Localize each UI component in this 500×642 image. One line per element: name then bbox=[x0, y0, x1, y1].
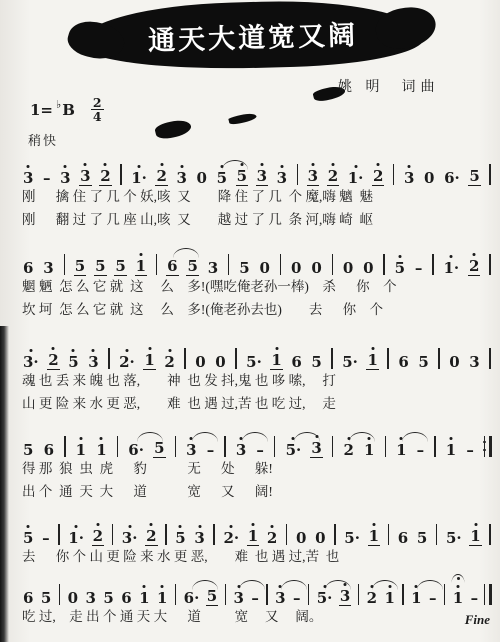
note: 2 bbox=[342, 443, 354, 458]
notes-row: 6355516535000005–1·2 bbox=[22, 240, 492, 276]
book-spine-shadow bbox=[0, 326, 9, 642]
barline bbox=[402, 584, 403, 605]
barline bbox=[489, 254, 490, 275]
barline bbox=[385, 436, 386, 457]
note: 1 bbox=[95, 443, 107, 458]
note: 1· bbox=[67, 531, 85, 546]
note: 1 bbox=[368, 529, 380, 546]
note: 6 bbox=[397, 355, 409, 370]
rest-note: 0 bbox=[448, 355, 460, 370]
lyric-line: 去 你 个 山 更 险 来 水 更 恶, 难 也 遇 过,苦 也 bbox=[22, 546, 492, 569]
rest-note: 0 bbox=[259, 261, 271, 276]
note: 5 bbox=[153, 441, 165, 458]
note: 5 bbox=[216, 171, 228, 186]
barline bbox=[235, 348, 236, 369]
rest-note: 0 bbox=[214, 355, 226, 370]
barline bbox=[286, 524, 287, 545]
rest-note: 0 bbox=[310, 261, 322, 276]
note: 2 bbox=[155, 169, 167, 186]
note: 3 bbox=[79, 169, 91, 186]
note: 2· bbox=[222, 531, 240, 546]
barline bbox=[108, 348, 109, 369]
note: 3 bbox=[42, 261, 54, 276]
note: 6 bbox=[43, 443, 55, 458]
note: 2 bbox=[327, 169, 339, 186]
note: 3 bbox=[87, 355, 99, 370]
note: 3 bbox=[232, 591, 244, 606]
barline bbox=[274, 436, 275, 457]
note: 3 bbox=[310, 441, 322, 458]
note: 1 bbox=[395, 443, 407, 458]
barline bbox=[432, 254, 433, 275]
note: 1 bbox=[383, 591, 395, 606]
barline bbox=[358, 584, 359, 605]
barline bbox=[184, 348, 185, 369]
fermata-icon bbox=[452, 574, 465, 583]
sheet-music-page: { "page":{"bg":"#f4f3ef","ink":"#1c1c1c"… bbox=[0, 0, 500, 642]
barline bbox=[331, 348, 332, 369]
note: 6 bbox=[120, 591, 132, 606]
note: 6 bbox=[397, 531, 409, 546]
note: 3 bbox=[176, 171, 188, 186]
dash-note: – bbox=[250, 591, 260, 606]
note: 6· bbox=[443, 171, 461, 186]
note: 3 bbox=[274, 591, 286, 606]
note: 2 bbox=[145, 529, 157, 546]
note: 2 bbox=[92, 529, 104, 546]
music-system: 6355516535000005–1·2魍 魉 怎 么 它 就 这 么 多!(嘿… bbox=[22, 240, 492, 322]
music-system: 56116·53–3–5·3211–1–得 那 狼 虫 虎 豹 无 处 躲!出 … bbox=[22, 422, 492, 504]
note: 3 bbox=[339, 589, 351, 606]
barline bbox=[228, 254, 229, 275]
note: 3· bbox=[121, 531, 139, 546]
rest-note: 0 bbox=[342, 261, 354, 276]
fine-marking: Fine bbox=[465, 612, 490, 628]
dash-note: – bbox=[42, 171, 52, 186]
barline bbox=[120, 164, 121, 185]
dash-note: – bbox=[206, 443, 216, 458]
note: 5 bbox=[417, 355, 429, 370]
lyric-line: 刚 擒 住 了 几 个 妖,咳 又 降 住 了 几 个 魔,嗨 魑 魅 bbox=[22, 186, 492, 209]
note: 5 bbox=[206, 589, 218, 606]
note: 1 bbox=[452, 591, 464, 606]
note: 5 bbox=[74, 259, 86, 276]
barline bbox=[436, 524, 437, 545]
dash-note: – bbox=[465, 443, 475, 458]
barline bbox=[489, 524, 490, 545]
note: 1· bbox=[442, 261, 460, 276]
barline bbox=[308, 584, 309, 605]
barline bbox=[334, 524, 335, 545]
barline bbox=[59, 584, 60, 605]
note: 3 bbox=[193, 531, 205, 546]
rest-note: 0 bbox=[423, 171, 435, 186]
note: 1 bbox=[247, 529, 259, 546]
note: 3 bbox=[22, 171, 34, 186]
barline bbox=[213, 524, 214, 545]
note: 5· bbox=[316, 591, 334, 606]
barline bbox=[297, 164, 298, 185]
note: 2 bbox=[266, 531, 278, 546]
note: 2 bbox=[47, 353, 59, 370]
note: 5 bbox=[67, 355, 79, 370]
barline bbox=[175, 584, 176, 605]
note: 2 bbox=[99, 169, 111, 186]
note: 2 bbox=[366, 591, 378, 606]
note: 1 bbox=[138, 591, 150, 606]
barline bbox=[388, 524, 389, 545]
barline bbox=[383, 254, 384, 275]
note: 3 bbox=[207, 261, 219, 276]
note: 5· bbox=[245, 355, 263, 370]
note: 1 bbox=[143, 353, 155, 370]
note: 5 bbox=[22, 443, 34, 458]
note: 3 bbox=[256, 169, 268, 186]
barline bbox=[434, 436, 435, 457]
lyric-line: 山 更 险 来 水 更 恶, 难 也 遇 过,苦 也 吃 过, 走 bbox=[22, 393, 492, 416]
score: 3–3321·2305533321·2306·5刚 擒 住 了 几 个 妖,咳 … bbox=[22, 0, 492, 642]
note: 5· bbox=[285, 443, 303, 458]
note: 6 bbox=[290, 355, 302, 370]
barline bbox=[225, 584, 226, 605]
note: 5· bbox=[343, 531, 361, 546]
notes-row: 650356116·53–3–5·3211–1– bbox=[22, 570, 492, 606]
note: 2 bbox=[163, 355, 175, 370]
note: 2· bbox=[118, 355, 136, 370]
lyric-line: 得 那 狼 虫 虎 豹 无 处 躲! bbox=[22, 458, 492, 481]
barline bbox=[387, 348, 388, 369]
note: 6· bbox=[127, 443, 145, 458]
note: 5 bbox=[416, 531, 428, 546]
barline bbox=[332, 436, 333, 457]
note: 5 bbox=[40, 591, 52, 606]
note: 1 bbox=[469, 529, 481, 546]
note: 5 bbox=[174, 531, 186, 546]
note: 1 bbox=[445, 443, 457, 458]
notes-row: 3–3321·2305533321·2306·5 bbox=[22, 150, 492, 186]
slur-icon bbox=[192, 432, 218, 442]
note: 3 bbox=[185, 443, 197, 458]
note: 6 bbox=[22, 591, 34, 606]
barline bbox=[444, 584, 445, 605]
barline bbox=[489, 348, 490, 369]
note: 1 bbox=[135, 259, 147, 276]
note: 6 bbox=[166, 259, 178, 276]
note: 3 bbox=[468, 355, 480, 370]
note: 5 bbox=[310, 355, 322, 370]
dash-note: – bbox=[255, 443, 265, 458]
note: 3 bbox=[59, 171, 71, 186]
rest-note: 0 bbox=[290, 261, 302, 276]
barline bbox=[393, 164, 394, 185]
barline bbox=[438, 348, 439, 369]
barline bbox=[224, 436, 225, 457]
note: 3 bbox=[307, 169, 319, 186]
barline bbox=[489, 164, 490, 185]
note: 5 bbox=[114, 259, 126, 276]
lyric-line: 出 个 通 天 大 道 宽 又 阔! bbox=[22, 481, 492, 504]
lyric-line: 吃 过, 走 出 个 通 天 大 道 宽 又 阔。 bbox=[22, 606, 492, 629]
notes-row: 3·2532·12005·1655·16503 bbox=[22, 334, 492, 370]
dash-note: – bbox=[428, 591, 438, 606]
note: 1 bbox=[363, 443, 375, 458]
barline bbox=[266, 584, 267, 605]
music-system: 3–3321·2305533321·2306·5刚 擒 住 了 几 个 妖,咳 … bbox=[22, 150, 492, 232]
note: 1 bbox=[75, 443, 87, 458]
dash-note: – bbox=[41, 531, 51, 546]
final-barline bbox=[485, 584, 492, 605]
lyric-line: 魂 也 丢 来 魄 也 落, 神 也 发 抖,鬼 也 哆 嗦, 打 bbox=[22, 370, 492, 393]
note: 1· bbox=[347, 171, 365, 186]
note: 5 bbox=[186, 259, 198, 276]
notes-row: 56116·53–3–5·3211–1– bbox=[22, 422, 492, 458]
barline bbox=[117, 436, 118, 457]
lyric-line: 刚 翻 过 了 几 座 山,咳 又 越 过 了 几 条 河,嗨 崎 岖 bbox=[22, 209, 492, 232]
dash-note: – bbox=[416, 443, 426, 458]
music-system: 3·2532·12005·1655·16503魂 也 丢 来 魄 也 落, 神 … bbox=[22, 334, 492, 416]
note: 6· bbox=[183, 591, 201, 606]
lyric-line: 魍 魉 怎 么 它 就 这 么 多!(嘿吃俺老孙一棒) 杀 你 个 bbox=[22, 276, 492, 299]
note: 1 bbox=[366, 353, 378, 370]
note: 6 bbox=[22, 261, 34, 276]
note: 1 bbox=[410, 591, 422, 606]
note: 5 bbox=[468, 169, 480, 186]
barline bbox=[280, 254, 281, 275]
slur-icon bbox=[402, 432, 428, 442]
barline bbox=[332, 254, 333, 275]
barline bbox=[165, 524, 166, 545]
note: 2 bbox=[372, 169, 384, 186]
music-system: 650356116·53–3–5·3211–1–吃 过, 走 出 个 通 天 大… bbox=[22, 570, 492, 629]
note: 5· bbox=[445, 531, 463, 546]
note: 1 bbox=[270, 353, 282, 370]
barline bbox=[112, 524, 113, 545]
barline bbox=[64, 254, 65, 275]
note: 1· bbox=[130, 171, 148, 186]
note: 3 bbox=[235, 443, 247, 458]
note: 5 bbox=[94, 259, 106, 276]
note: 3 bbox=[84, 591, 96, 606]
note: 5· bbox=[341, 355, 359, 370]
note: 5 bbox=[394, 261, 406, 276]
note: 5 bbox=[102, 591, 114, 606]
barline bbox=[156, 254, 157, 275]
rest-note: 0 bbox=[362, 261, 374, 276]
note: 2 bbox=[468, 259, 480, 276]
rest-note: 0 bbox=[67, 591, 79, 606]
music-system: 5–1·23·2532·12005·1655·1去 你 个 山 更 险 来 水 … bbox=[22, 510, 492, 569]
rest-note: 0 bbox=[194, 355, 206, 370]
notes-row: 5–1·23·2532·12005·1655·1 bbox=[22, 510, 492, 546]
note: 1 bbox=[156, 591, 168, 606]
rest-note: 0 bbox=[196, 171, 208, 186]
lyric-line: 坎 坷 怎 么 它 就 这 么 多!(俺老孙去也) 去 你 个 bbox=[22, 299, 492, 322]
note: 3 bbox=[276, 171, 288, 186]
dash-note: – bbox=[292, 591, 302, 606]
barline bbox=[58, 524, 59, 545]
barline bbox=[64, 436, 65, 457]
note: 5 bbox=[236, 169, 248, 186]
repeat-barline bbox=[483, 436, 492, 457]
barline bbox=[175, 436, 176, 457]
note: 3 bbox=[403, 171, 415, 186]
dash-note: – bbox=[470, 591, 480, 606]
rest-note: 0 bbox=[295, 531, 307, 546]
note: 5 bbox=[238, 261, 250, 276]
note: 3· bbox=[22, 355, 40, 370]
dash-note: – bbox=[414, 261, 424, 276]
note: 5 bbox=[22, 531, 34, 546]
rest-note: 0 bbox=[314, 531, 326, 546]
